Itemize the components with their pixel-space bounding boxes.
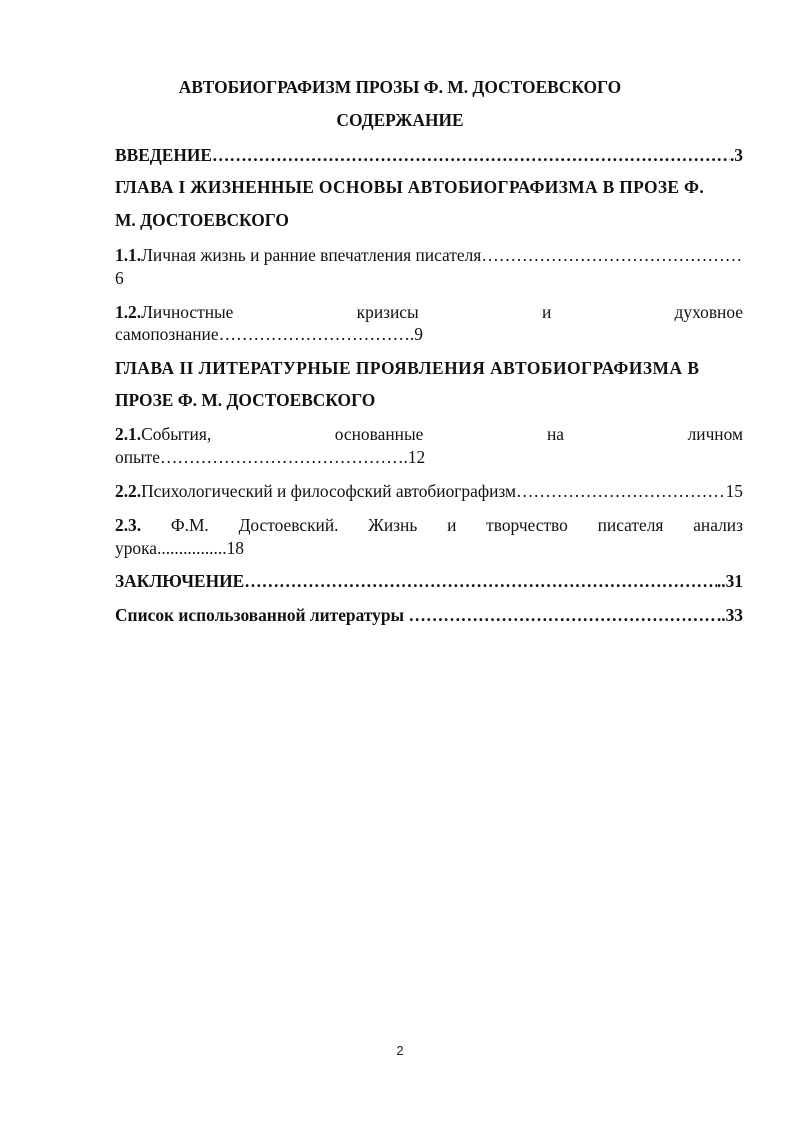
section-number: 2.2. [115,480,141,502]
toc-chapter-1-line-1[interactable]: ГЛАВА I ЖИЗНЕННЫЕ ОСНОВЫ АВТОБИОГРАФИЗМА… [115,176,743,198]
toc-entry-page: ..33 [717,604,743,626]
section-word: Жизнь [368,514,417,536]
section-word: и [542,301,551,323]
toc-entry-label: ЗАКЛЮЧЕНИЕ [115,570,244,592]
toc-entry-2-3-line-2[interactable]: урока................18 [115,537,743,559]
toc-chapter-2-line-2[interactable]: ПРОЗЕ Ф. М. ДОСТОЕВСКОГО [115,389,743,411]
dot-leader [212,144,730,166]
section-word: Личностные [141,302,233,322]
dot-leader [481,244,743,266]
section-word: духовное [675,301,743,323]
toc-entry-page: 12 [408,447,425,467]
toc-entry-label: Список использованной литературы [115,604,408,626]
toc-entry-2-2[interactable]: 2.2. Психологический и философский автоб… [115,480,743,502]
section-word: творчество [486,514,568,536]
toc-entry-page: .3 [730,144,743,166]
chapter-2-heading: ГЛАВА II ЛИТЕРАТУРНЫЕ ПРОЯВЛЕНИЯ АВТОБИО… [115,357,699,379]
section-word: Достоевский. [239,514,339,536]
section-word: События, [141,424,211,444]
chapter-2-heading-cont: ПРОЗЕ Ф. М. ДОСТОЕВСКОГО [115,390,375,410]
dot-leader [244,570,717,592]
toc-entry-1-1[interactable]: 1.1. Личная жизнь и ранние впечатления п… [115,244,743,266]
toc-entry-page: ..31 [717,570,743,592]
toc-chapter-2-line-1[interactable]: ГЛАВА II ЛИТЕРАТУРНЫЕ ПРОЯВЛЕНИЯ АВТОБИО… [115,357,743,379]
dot-leader [516,480,726,502]
toc-entry-2-1[interactable]: 2.1.События, основанные на личном [115,423,743,445]
toc-entry-1-1-page: 6 [115,267,743,289]
dot-leader [408,604,716,626]
section-word: Ф.М. [171,514,209,536]
section-word: кризисы [357,301,419,323]
dot-leader: ................ [157,538,227,558]
chapter-1-heading: ГЛАВА I ЖИЗНЕННЫЕ ОСНОВЫ АВТОБИОГРАФИЗМА… [115,176,704,198]
section-number: 2.3. [115,514,141,536]
chapter-1-heading-cont: М. ДОСТОЕВСКОГО [115,210,289,230]
toc-entry-2-1-line-2[interactable]: опыте…………………………………….12 [115,446,743,468]
section-title: Личная жизнь и ранние впечатления писате… [141,244,481,266]
section-number: 1.1. [115,244,141,266]
toc-entry-label: ВВЕДЕНИЕ [115,144,212,166]
dot-leader: ……………………………………. [160,447,408,467]
section-word: основанные [335,423,424,445]
section-title-cont: самопознание [115,324,219,344]
dot-leader: ……………………………. [219,324,415,344]
toc-entry-1-2[interactable]: 1.2.Личностные кризисы и духовное [115,301,743,323]
section-word: анализ [693,514,743,536]
section-title-cont: урока [115,538,157,558]
section-word: личном [688,423,743,445]
section-word: писателя [598,514,664,536]
toc-heading: СОДЕРЖАНИЕ [0,109,800,131]
toc-entry-page: 18 [227,538,244,558]
toc-entry-references[interactable]: Список использованной литературы ..33 [115,604,743,626]
toc-entry-page: 6 [115,268,124,288]
section-word: на [547,423,564,445]
toc-entry-page: 9 [414,324,423,344]
section-title: Психологический и философский автобиогра… [141,480,516,502]
toc-entry-introduction[interactable]: ВВЕДЕНИЕ .3 [115,144,743,166]
toc-entry-1-2-line-2[interactable]: самопознание…………………………….9 [115,323,743,345]
toc-entry-conclusion[interactable]: ЗАКЛЮЧЕНИЕ ..31 [115,570,743,592]
section-number: 1.2. [115,302,141,322]
section-title-cont: опыте [115,447,160,467]
toc-entry-page: 15 [726,480,743,502]
toc-entry-2-3[interactable]: 2.3. Ф.М. Достоевский. Жизнь и творчеств… [115,514,743,536]
section-number: 2.1. [115,424,141,444]
toc-chapter-1-line-2[interactable]: М. ДОСТОЕВСКОГО [115,209,743,231]
page-number: 2 [0,1043,800,1058]
document-title: АВТОБИОГРАФИЗМ ПРОЗЫ Ф. М. ДОСТОЕВСКОГО [0,76,800,98]
section-word: и [447,514,456,536]
